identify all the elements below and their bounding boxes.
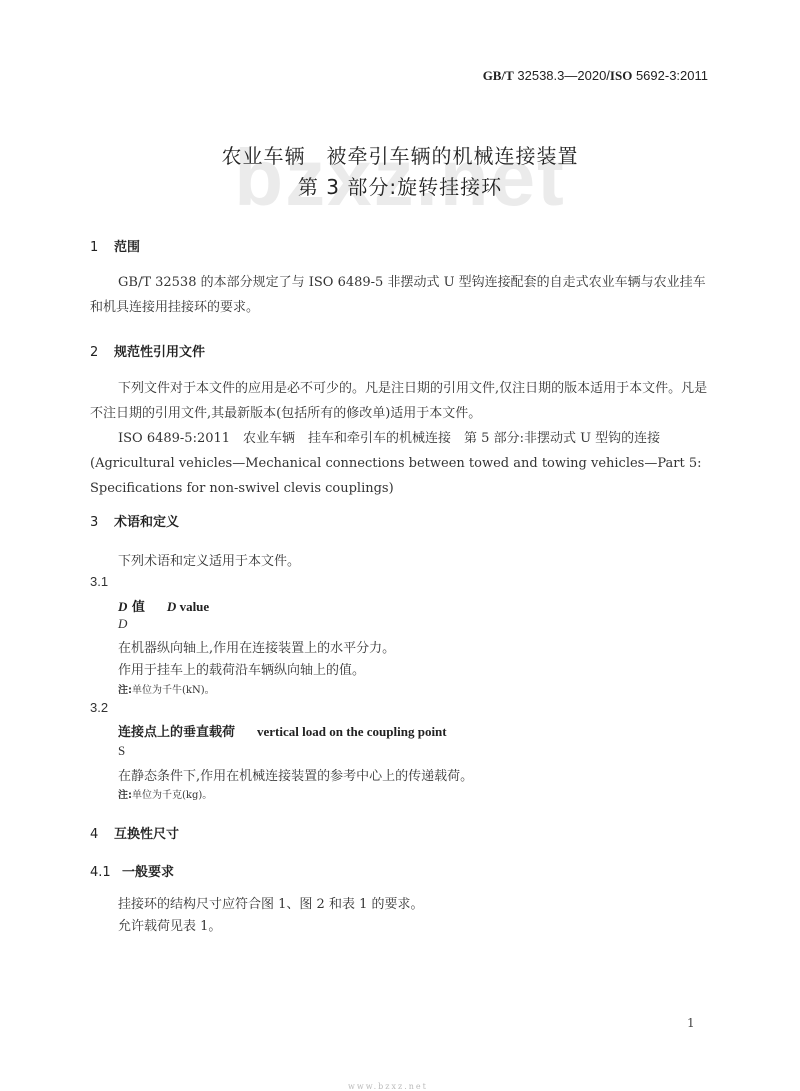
term-en: vertical load on the coupling point xyxy=(257,724,447,739)
section-title: 一般要求 xyxy=(122,865,174,880)
section-3-intro: 下列术语和定义适用于本文件。 xyxy=(118,550,300,569)
note-label: 注: xyxy=(118,685,132,696)
section-2-heading: 2规范性引用文件 xyxy=(90,341,205,360)
term-3-2-symbol: S xyxy=(118,743,125,759)
section-title: 规范性引用文件 xyxy=(114,345,205,360)
term-symbol: D xyxy=(118,599,127,614)
footer-watermark: www.bzxz.net xyxy=(348,1082,428,1091)
section-1-heading: 1范围 xyxy=(90,236,140,255)
section-4-1-heading: 4.1一般要求 xyxy=(90,861,174,880)
term-en-symbol: D xyxy=(167,599,176,614)
term-3-1-number: 3.1 xyxy=(90,574,108,589)
section-number: 4 xyxy=(90,827,114,842)
term-3-2-note: 注:单位为千克(kg)。 xyxy=(118,786,212,801)
term-3-1-def-2: 作用于挂车上的载荷沿车辆纵向轴上的值。 xyxy=(118,659,365,678)
term-3-1-note: 注:单位为千牛(kN)。 xyxy=(118,681,215,696)
std-prefix: GB/T xyxy=(483,68,514,83)
section-title: 范围 xyxy=(114,240,140,255)
section-4-heading: 4互换性尺寸 xyxy=(90,823,179,842)
term-3-2-number: 3.2 xyxy=(90,700,108,715)
iso-number: 5692-3:2011 xyxy=(636,68,708,83)
document-title-line1: 农业车辆 被牵引车辆的机械连接装置 xyxy=(0,140,800,169)
section-title: 术语和定义 xyxy=(114,515,179,530)
term-3-1-def-1: 在机器纵向轴上,作用在连接装置上的水平分力。 xyxy=(118,637,395,656)
section-2-reference: ISO 6489-5:2011 农业车辆 挂车和牵引车的机械连接 第 5 部分:… xyxy=(90,426,710,501)
term-en: value xyxy=(176,599,209,614)
document-title-line2: 第 3 部分:旋转挂接环 xyxy=(0,171,800,200)
section-number: 1 xyxy=(90,240,114,255)
iso-prefix: ISO xyxy=(610,68,632,83)
section-number: 2 xyxy=(90,345,114,360)
section-1-paragraph: GB/T 32538 的本部分规定了与 ISO 6489-5 非摆动式 U 型钩… xyxy=(90,270,710,320)
std-number: 32538.3—2020/ xyxy=(517,68,610,83)
term-3-1-symbol: D xyxy=(118,616,127,632)
term-zh: 连接点上的垂直载荷 xyxy=(118,725,235,740)
standard-code: GB/T 32538.3—2020/ISO 5692-3:2011 xyxy=(483,68,708,84)
section-title: 互换性尺寸 xyxy=(114,827,179,842)
page-number: 1 xyxy=(687,1016,695,1030)
section-number: 4.1 xyxy=(90,865,122,880)
section-4-1-line-2: 允许载荷见表 1。 xyxy=(118,915,221,934)
note-text: 单位为千牛(kN)。 xyxy=(132,685,215,696)
term-3-2-title: 连接点上的垂直载荷vertical load on the coupling p… xyxy=(118,721,447,740)
section-4-1-line-1: 挂接环的结构尺寸应符合图 1、图 2 和表 1 的要求。 xyxy=(118,893,423,912)
term-3-2-def-1: 在静态条件下,作用在机械连接装置的参考中心上的传递载荷。 xyxy=(118,765,473,784)
section-2-paragraph-1: 下列文件对于本文件的应用是必不可少的。凡是注日期的引用文件,仅注日期的版本适用于… xyxy=(90,376,710,426)
section-3-heading: 3术语和定义 xyxy=(90,511,179,530)
note-label: 注: xyxy=(118,790,132,801)
note-text: 单位为千克(kg)。 xyxy=(132,790,212,801)
term-zh: 值 xyxy=(127,600,145,615)
term-3-1-title: D 值D value xyxy=(118,596,209,615)
section-number: 3 xyxy=(90,515,114,530)
